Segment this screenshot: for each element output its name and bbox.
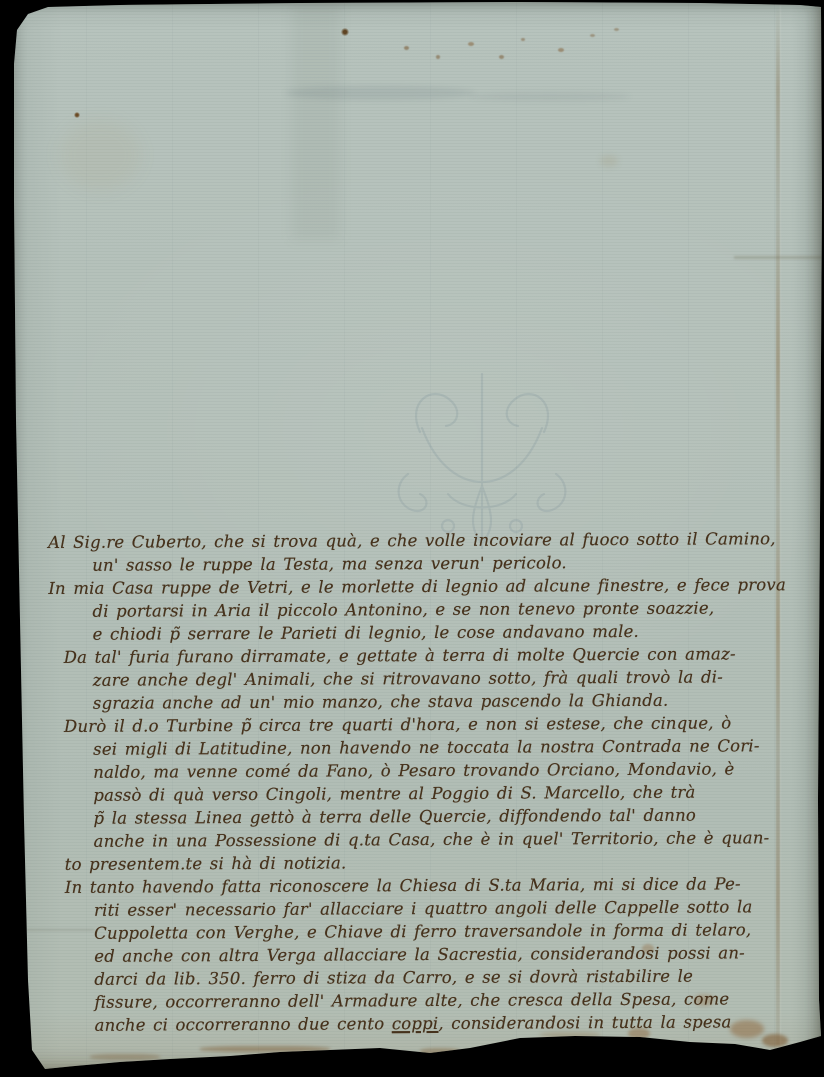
- stain: [341, 28, 349, 36]
- text-line: anche ci occorreranno due cento coppi, c…: [95, 1010, 813, 1037]
- stain: [521, 38, 525, 41]
- stain: [420, 1048, 460, 1055]
- paper-shade-band: [292, 5, 340, 240]
- text-line: zare anche degl' Animali, che si ritrova…: [93, 665, 811, 692]
- text-line: naldo, ma venne comé da Fano, ò Pesaro t…: [93, 757, 811, 784]
- stain: [200, 1046, 330, 1052]
- stain: [436, 55, 440, 59]
- text-line: Al Sig.re Cuberto, che si trova quà, e c…: [48, 527, 810, 554]
- stain: [60, 120, 140, 190]
- text-line: ed anche con altra Verga allacciare la S…: [94, 941, 812, 968]
- fold-crease-horizontal: [734, 256, 822, 259]
- manuscript-scan: Al Sig.re Cuberto, che si trova quà, e c…: [0, 0, 824, 1077]
- stain: [90, 1054, 160, 1060]
- manuscript-page: Al Sig.re Cuberto, che si trova quà, e c…: [0, 0, 824, 1077]
- handwritten-text: Al Sig.re Cuberto, che si trova quà, e c…: [48, 527, 813, 1037]
- stain: [404, 46, 409, 50]
- stain: [600, 155, 618, 167]
- stain: [590, 34, 595, 37]
- ink-smudge: [285, 86, 475, 100]
- stain: [74, 112, 80, 118]
- ink-smudge: [470, 92, 630, 101]
- stain: [499, 55, 504, 59]
- text-line: anche in una Possessione di q.ta Casa, c…: [94, 826, 812, 853]
- text-line: di portarsi in Aria il piccolo Antonino,…: [92, 596, 810, 623]
- stain: [614, 28, 619, 31]
- stain: [468, 42, 474, 46]
- stain: [558, 48, 564, 52]
- stain: [762, 1034, 788, 1047]
